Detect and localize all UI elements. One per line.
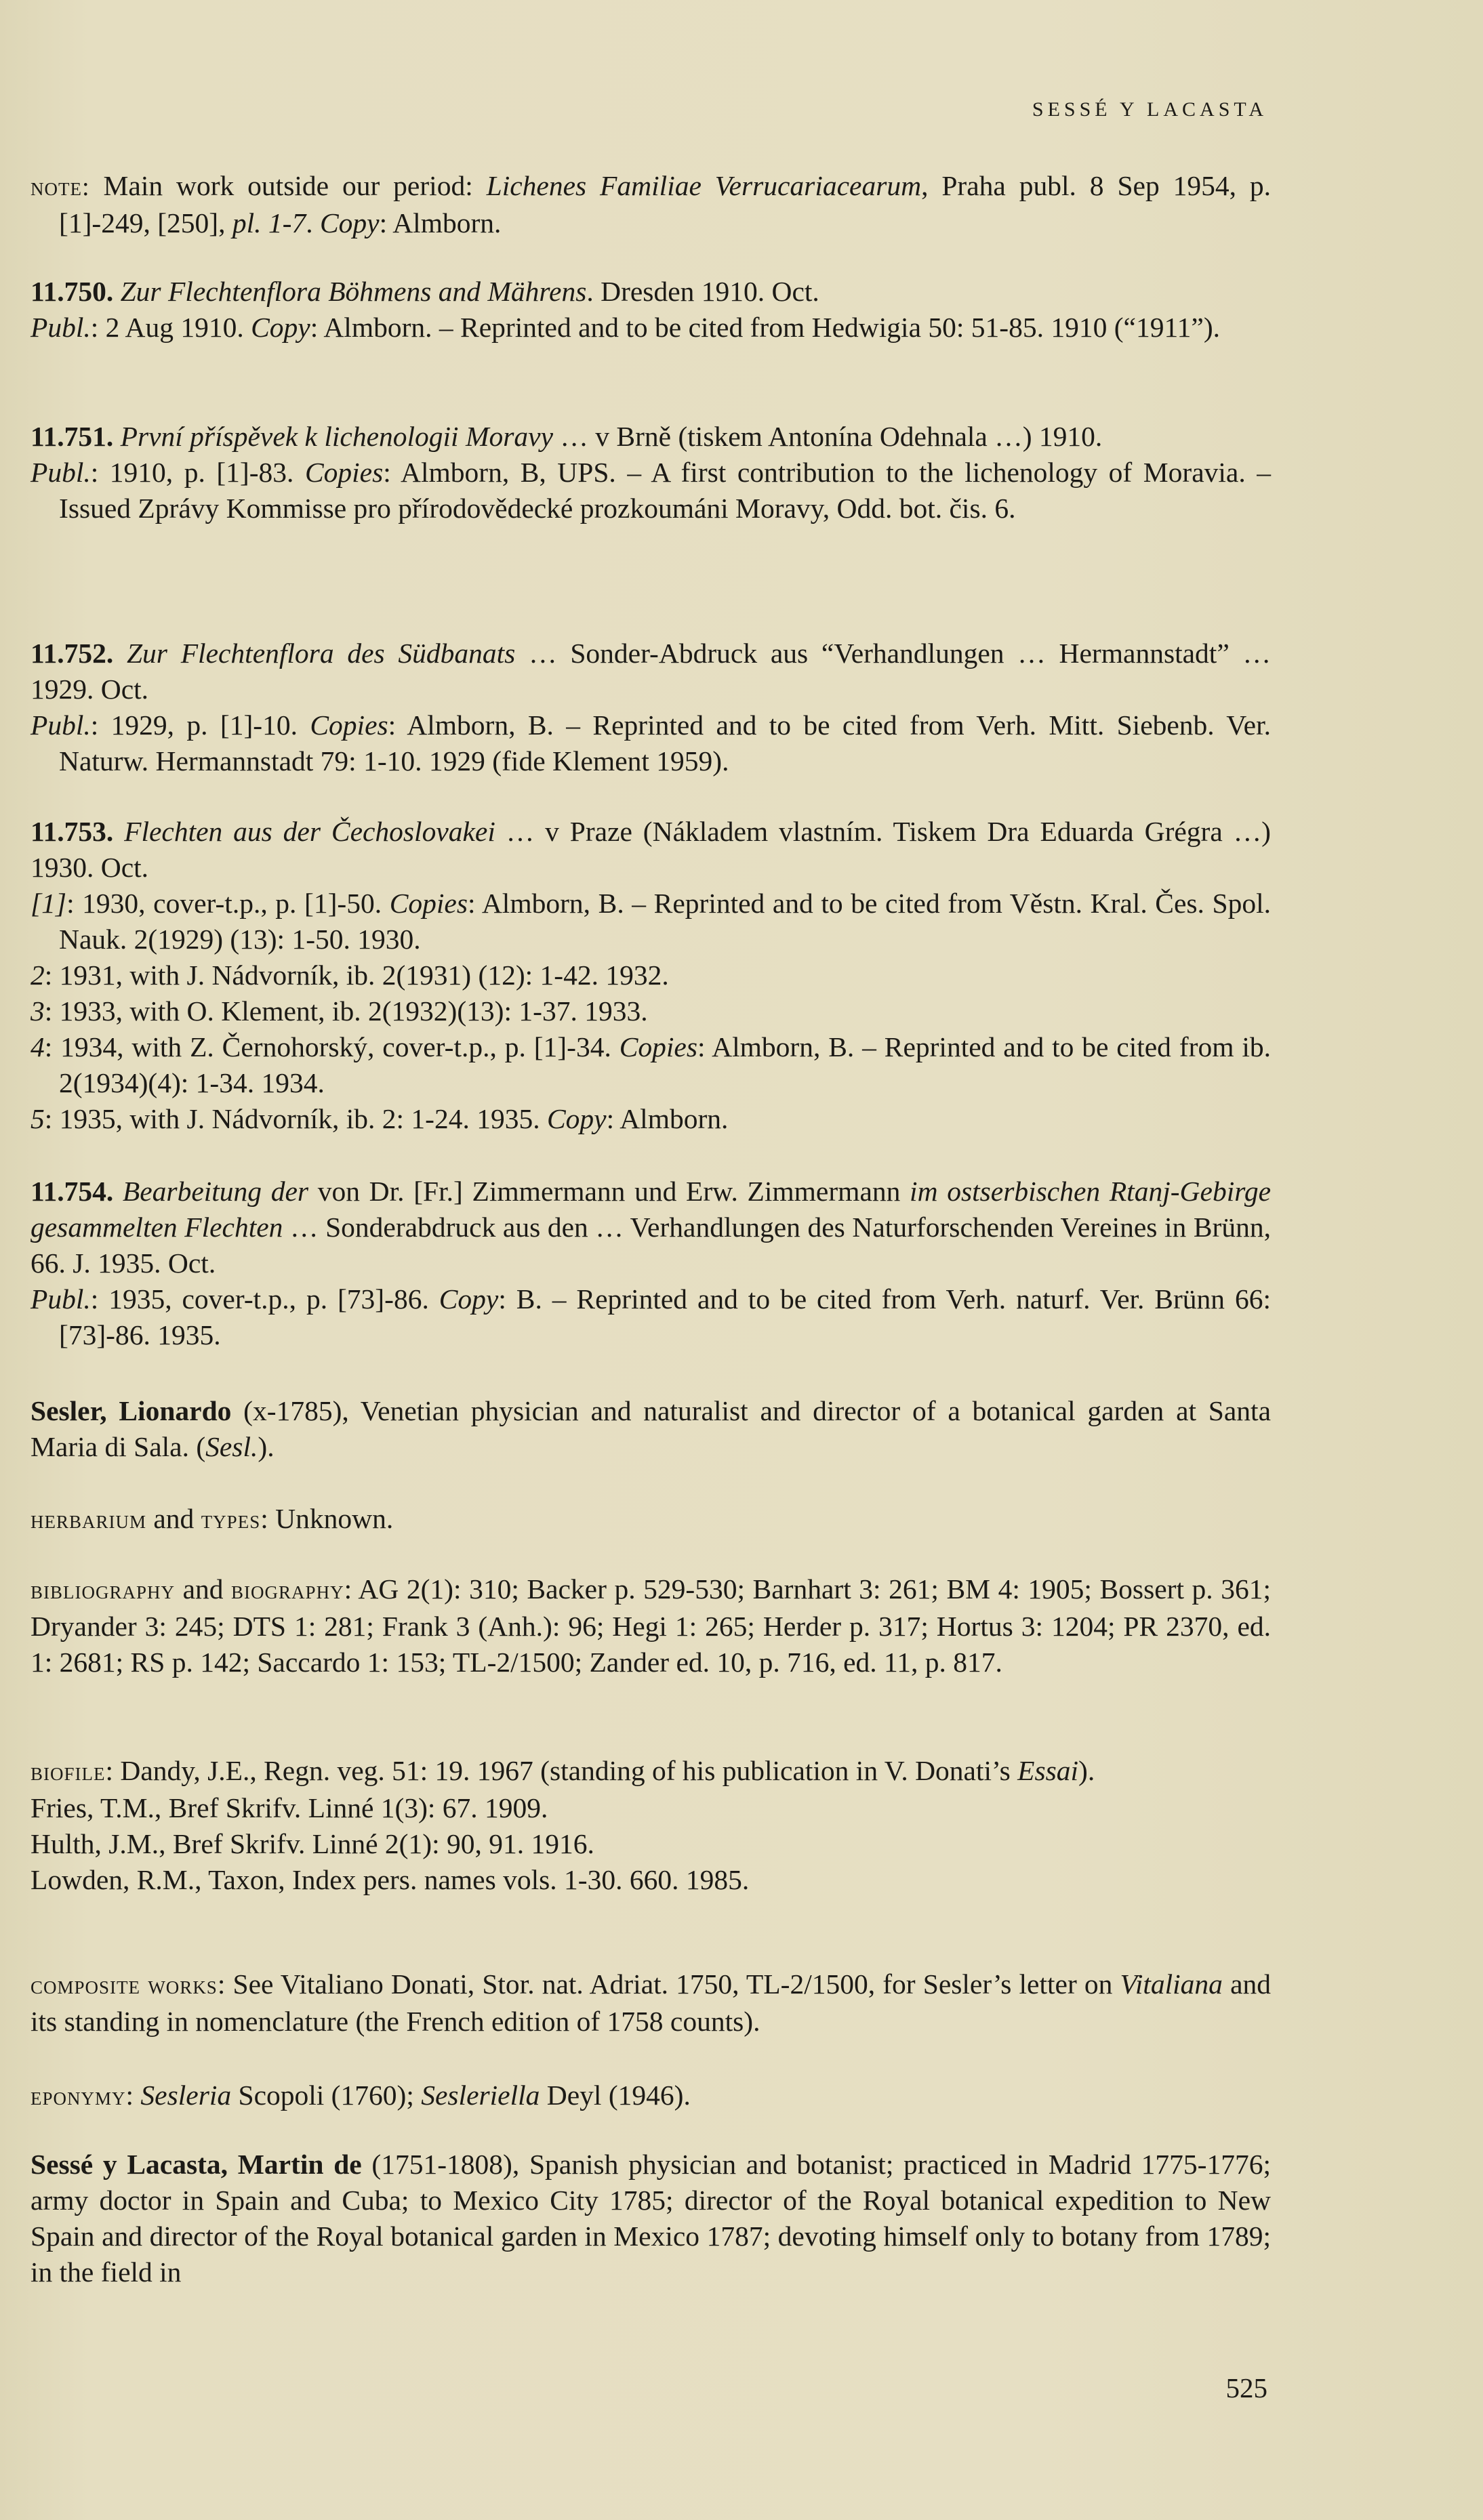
entry-11-753: 11.753. Flechten aus der Čechoslovakei …… bbox=[31, 814, 1271, 1137]
biofile-item: Fries, T.M., Bref Skrifv. Linné 1(3): 67… bbox=[31, 1790, 1271, 1826]
sesler-entry: Sesler, Lionardo (x-1785), Venetian phys… bbox=[31, 1393, 1271, 1465]
entry-11-751: 11.751. První příspěvek k lichenologii M… bbox=[31, 419, 1271, 526]
note-paragraph: note: Main work outside our period: Lich… bbox=[31, 168, 1271, 241]
part-4: 4: 1934, with Z. Černohorský, cover-t.p.… bbox=[31, 1029, 1271, 1101]
eponymy-section: eponymy: Sesleria Scopoli (1760); Sesler… bbox=[31, 2078, 1271, 2115]
part-3: 3: 1933, with O. Klement, ib. 2(1932)(13… bbox=[31, 993, 1271, 1029]
entry-number: 11.754. bbox=[31, 1176, 113, 1207]
entry-number: 11.751. bbox=[31, 421, 113, 452]
entry-title: Bearbeitung der bbox=[123, 1176, 308, 1207]
entry-number: 11.752. bbox=[31, 638, 113, 669]
person-name: Sesler, Lionardo bbox=[31, 1395, 231, 1426]
herbarium-section: herbarium and types: Unknown. bbox=[31, 1501, 1271, 1538]
entry-number: 11.750. bbox=[31, 276, 113, 307]
part-5: 5: 1935, with J. Nádvorník, ib. 2: 1-24.… bbox=[31, 1101, 1271, 1137]
entry-title: Zur Flechtenflora Böhmens and Mährens bbox=[121, 276, 587, 307]
entry-11-754: 11.754. Bearbeitung der von Dr. [Fr.] Zi… bbox=[31, 1174, 1271, 1353]
part-2: 2: 1931, with J. Nádvorník, ib. 2(1931) … bbox=[31, 957, 1271, 993]
entry-title: Zur Flechtenflora des Südbanats bbox=[127, 638, 515, 669]
entry-number: 11.753. bbox=[31, 816, 113, 847]
biofile-item: Lowden, R.M., Taxon, Index pers. names v… bbox=[31, 1862, 1271, 1898]
page-number: 525 bbox=[1226, 2372, 1268, 2404]
note-title: Lichenes Familiae Verrucariacearum bbox=[487, 170, 921, 201]
composite-works-section: composite works: See Vitaliano Donati, S… bbox=[31, 1966, 1271, 2040]
bibliography-section: bibliography and biography: AG 2(1): 310… bbox=[31, 1571, 1271, 1680]
sesse-entry: Sessé y Lacasta, Martin de (1751-1808), … bbox=[31, 2147, 1271, 2290]
person-name: Sessé y Lacasta, Martin de bbox=[31, 2149, 362, 2180]
entry-title: Flechten aus der Čechoslovakei bbox=[124, 816, 495, 847]
part-1: [1]: 1930, cover-t.p., p. [1]-50. Copies… bbox=[31, 886, 1271, 957]
entry-11-752: 11.752. Zur Flechtenflora des Südbanats … bbox=[31, 636, 1271, 779]
biofile-section: biofile: Dandy, J.E., Regn. veg. 51: 19.… bbox=[31, 1753, 1271, 1898]
running-head: SESSÉ Y LACASTA bbox=[1032, 98, 1267, 121]
biofile-item: Hulth, J.M., Bref Skrifv. Linné 2(1): 90… bbox=[31, 1826, 1271, 1862]
entry-11-750: 11.750. Zur Flechtenflora Böhmens and Mä… bbox=[31, 274, 1271, 346]
note-label: note: bbox=[31, 173, 90, 201]
entry-title: První příspěvek k lichenologii Moravy bbox=[121, 421, 553, 452]
